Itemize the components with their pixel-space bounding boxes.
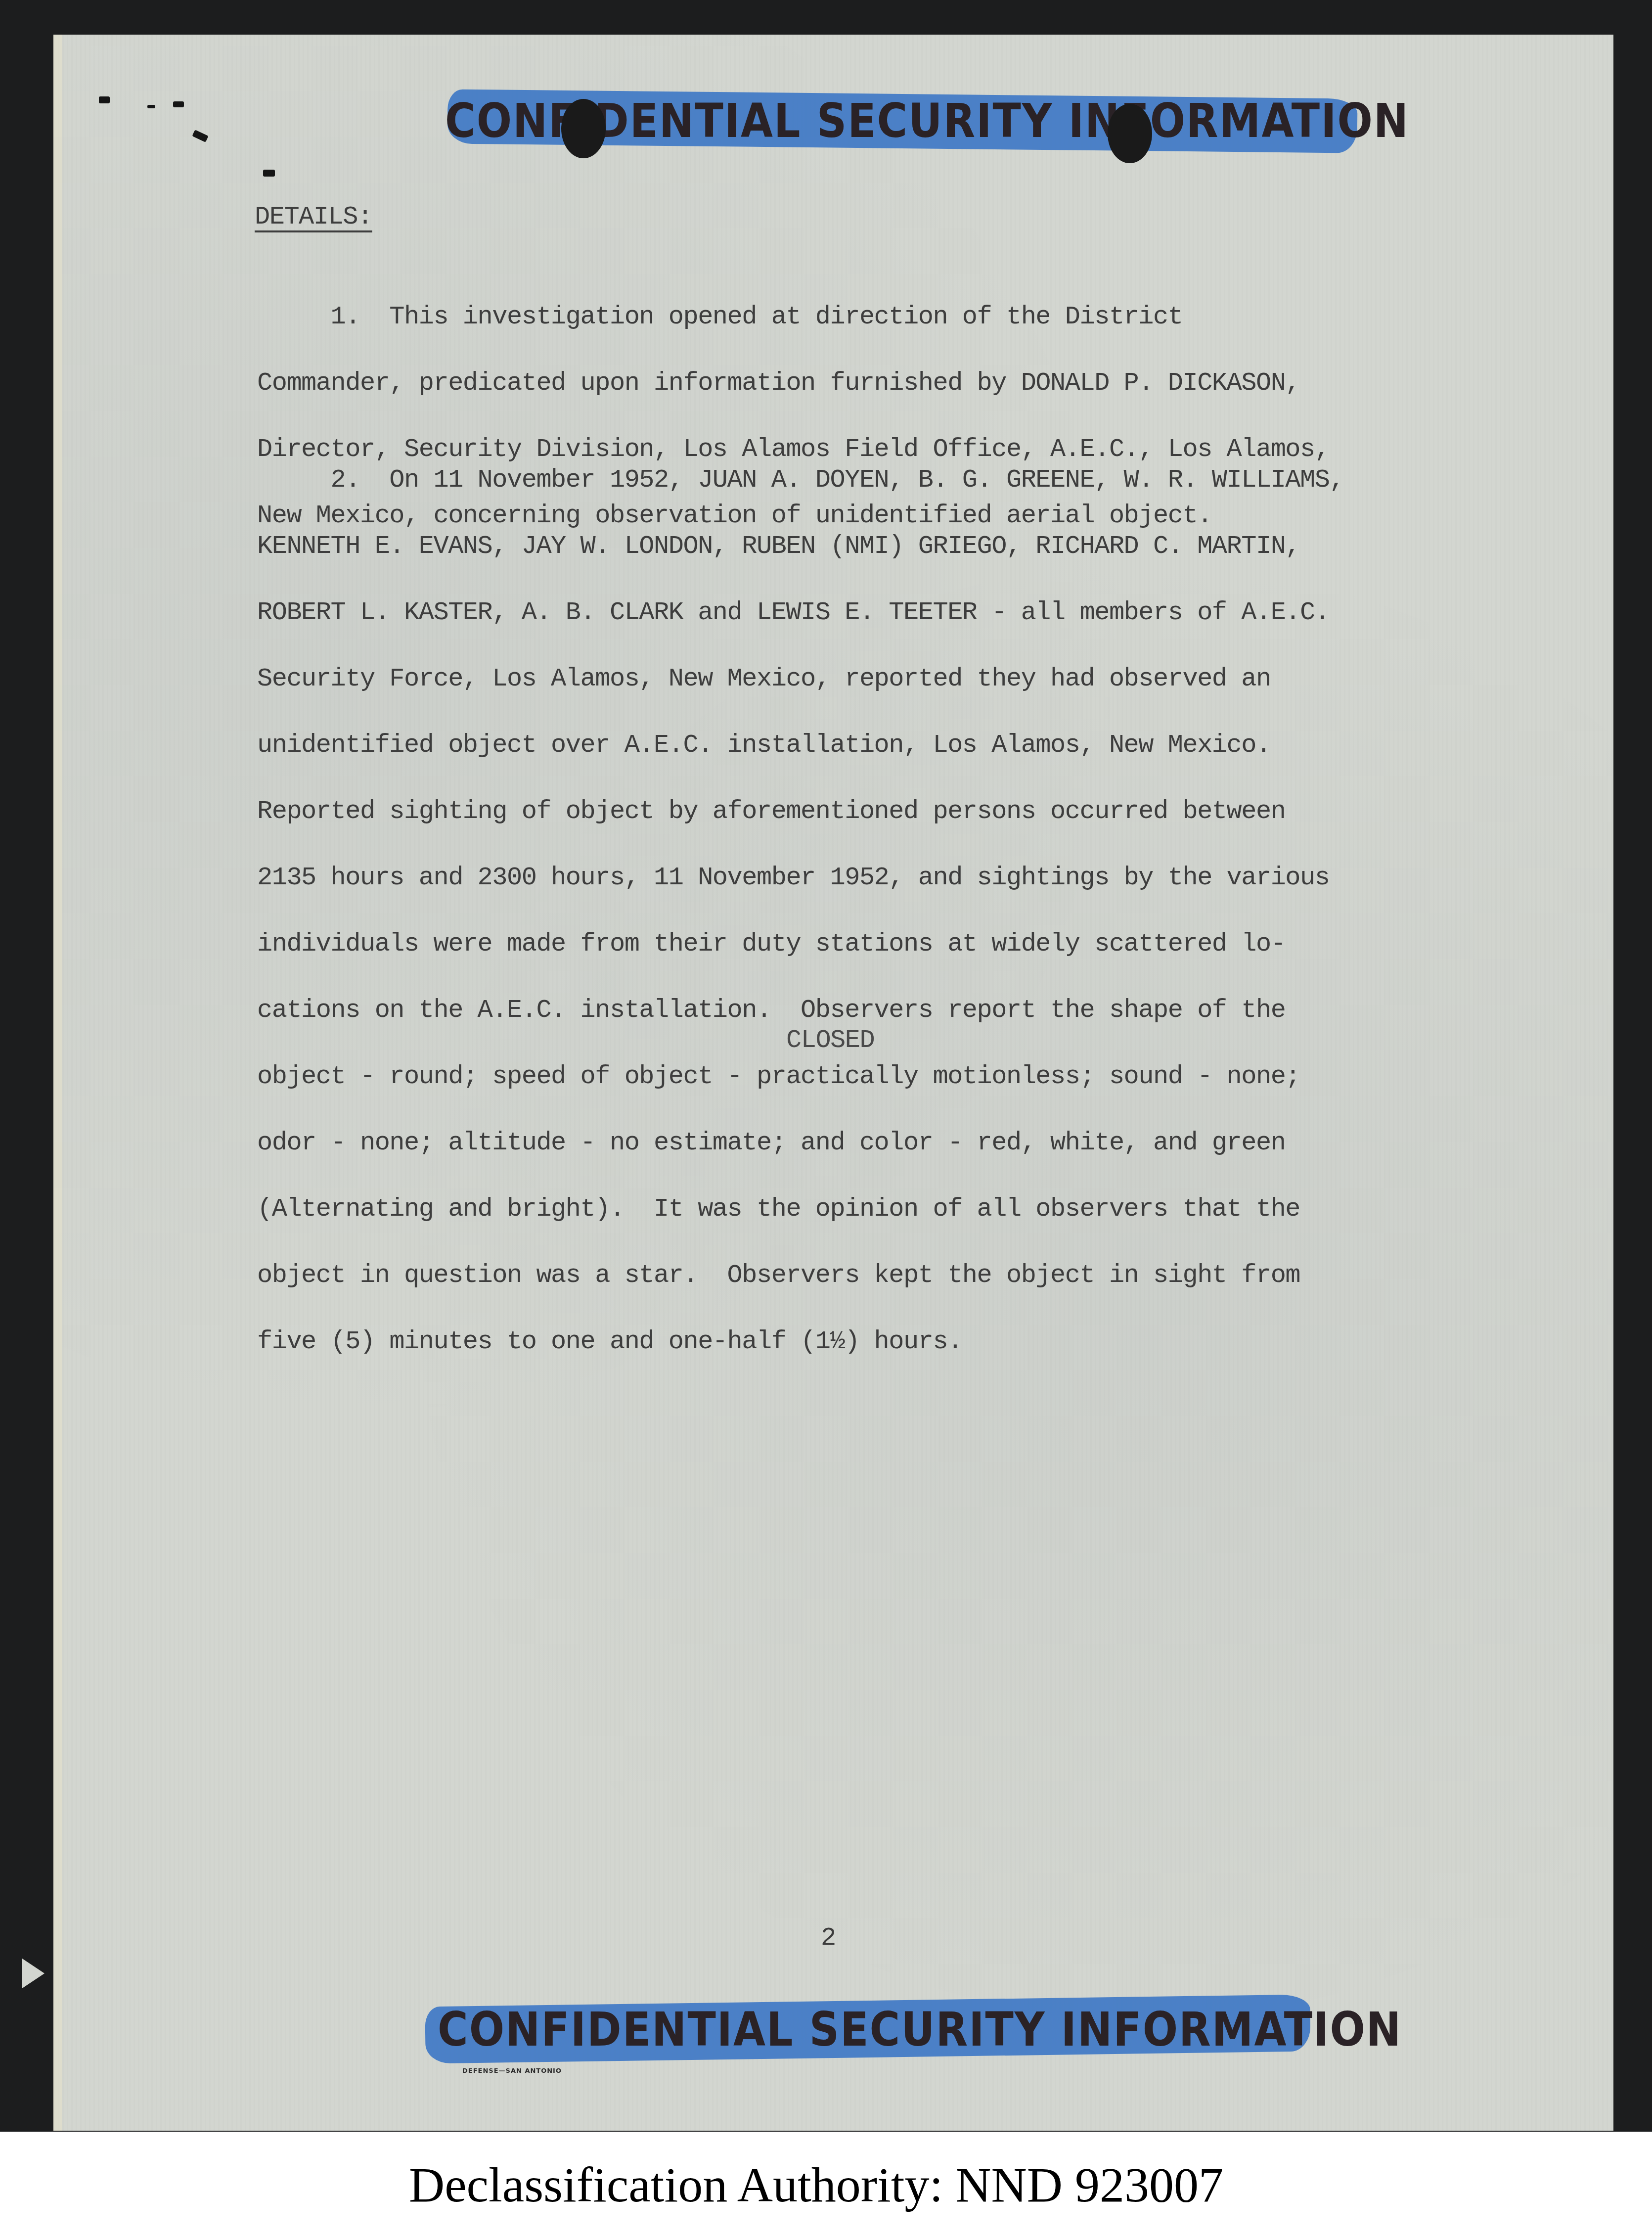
- declassification-authority: Declassification Authority: NND 923007: [409, 2156, 1223, 2213]
- punch-hole-right: [1108, 104, 1152, 163]
- paragraph-line: cations on the A.E.C. installation. Obse…: [257, 994, 1344, 1027]
- paragraph-line: (Alternating and bright). It was the opi…: [257, 1192, 1344, 1226]
- paragraph-line: Security Force, Los Alamos, New Mexico, …: [257, 662, 1344, 695]
- page-number: 2: [821, 1921, 836, 1955]
- paper-damage-mark: [147, 105, 155, 108]
- paragraph-line: unidentified object over A.E.C. installa…: [257, 729, 1344, 762]
- declassification-footer: Declassification Authority: NND 923007: [0, 2132, 1652, 2238]
- paragraph-line: 2135 hours and 2300 hours, 11 November 1…: [257, 861, 1344, 894]
- paragraph-line: 2. On 11 November 1952, JUAN A. DOYEN, B…: [257, 463, 1344, 497]
- paragraph-line: five (5) minutes to one and one-half (1½…: [257, 1325, 1344, 1358]
- paragraph-line: ROBERT L. KASTER, A. B. CLARK and LEWIS …: [257, 596, 1344, 629]
- paper-edge: [53, 35, 62, 2131]
- paragraph-line: Reported sighting of object by aforement…: [257, 795, 1344, 828]
- paper-damage-mark: [173, 101, 184, 107]
- paragraph-line: KENNETH E. EVANS, JAY W. LONDON, RUBEN (…: [257, 530, 1344, 563]
- paragraph-line: individuals were made from their duty st…: [257, 927, 1344, 960]
- paragraph-2: 2. On 11 November 1952, JUAN A. DOYEN, B…: [257, 430, 1344, 1391]
- paragraph-line: odor - none; altitude - no estimate; and…: [257, 1126, 1344, 1159]
- paragraph-line: 1. This investigation opened at directio…: [257, 300, 1329, 333]
- classification-stamp-bottom: CONFIDENTIAL SECURITY INFORMATION: [438, 2003, 1402, 2057]
- paper-tear: [22, 1959, 45, 1988]
- printer-imprint: DEFENSE—SAN ANTONIO: [462, 2067, 562, 2075]
- paragraph-line: object - round; speed of object - practi…: [257, 1060, 1344, 1093]
- paragraph-line: Commander, predicated upon information f…: [257, 366, 1329, 400]
- paper-damage-mark: [263, 170, 275, 177]
- section-heading: DETAILS:: [255, 200, 372, 233]
- case-status: CLOSED: [786, 1024, 874, 1057]
- paper-damage-mark: [99, 96, 110, 103]
- paragraph-line: object in question was a star. Observers…: [257, 1259, 1344, 1292]
- punch-hole-left: [561, 99, 606, 158]
